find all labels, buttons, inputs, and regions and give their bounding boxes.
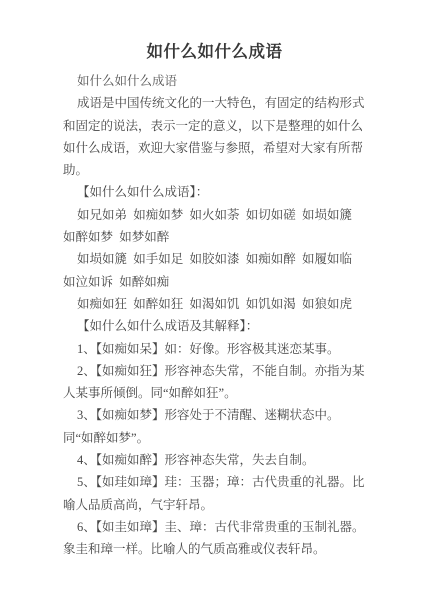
idiom-list-heading: 【如什么如什么成语】： (63, 181, 366, 203)
idiom-list-line: 如兄如弟 如痴如梦 如火如荼 如切如磋 如埙如篪 如醉如梦 如梦如醉 (63, 204, 366, 249)
definition-item: 2、【如痴如狂】形容神态失常，不能自制。亦指为某人某事所倾倒。同“如醉如狂”。 (63, 360, 366, 405)
definition-item: 5、【如珪如璋】珪：玉器；璋：古代贵重的礼器。比喻人品质高尚，气宇轩昂。 (63, 471, 366, 516)
definition-item: 3、【如痴如梦】形容处于不清醒、迷糊状态中。同“如醉如梦”。 (63, 404, 366, 449)
definition-item: 1、【如痴如呆】如：好像。形容极其迷恋某事。 (63, 338, 366, 360)
idiom-list-line: 如埙如篪 如手如足 如胶如漆 如痴如醉 如履如临 如泣如诉 如醉如痴 (63, 248, 366, 293)
intro-paragraph: 成语是中国传统文化的一大特色，有固定的结构形式和固定的说法，表示一定的意义，以下… (63, 92, 366, 181)
document-page: 如什么如什么成语 如什么如什么成语 成语是中国传统文化的一大特色，有固定的结构形… (0, 0, 424, 600)
document-body: 如什么如什么成语 成语是中国传统文化的一大特色，有固定的结构形式和固定的说法，表… (63, 70, 366, 561)
definition-item: 4、【如痴如醉】形容神态失常，失去自制。 (63, 449, 366, 471)
definition-item: 6、【如圭如璋】圭、璋：古代非常贵重的玉制礼器。象圭和璋一样。比喻人的气质高雅或… (63, 516, 366, 561)
document-title: 如什么如什么成语 (63, 38, 366, 65)
idiom-list-line: 如痴如狂 如醉如狂 如渴如饥 如饥如渴 如狼如虎 (63, 293, 366, 315)
document-subtitle: 如什么如什么成语 (63, 70, 366, 92)
definitions-heading: 【如什么如什么成语及其解释】： (63, 315, 366, 337)
